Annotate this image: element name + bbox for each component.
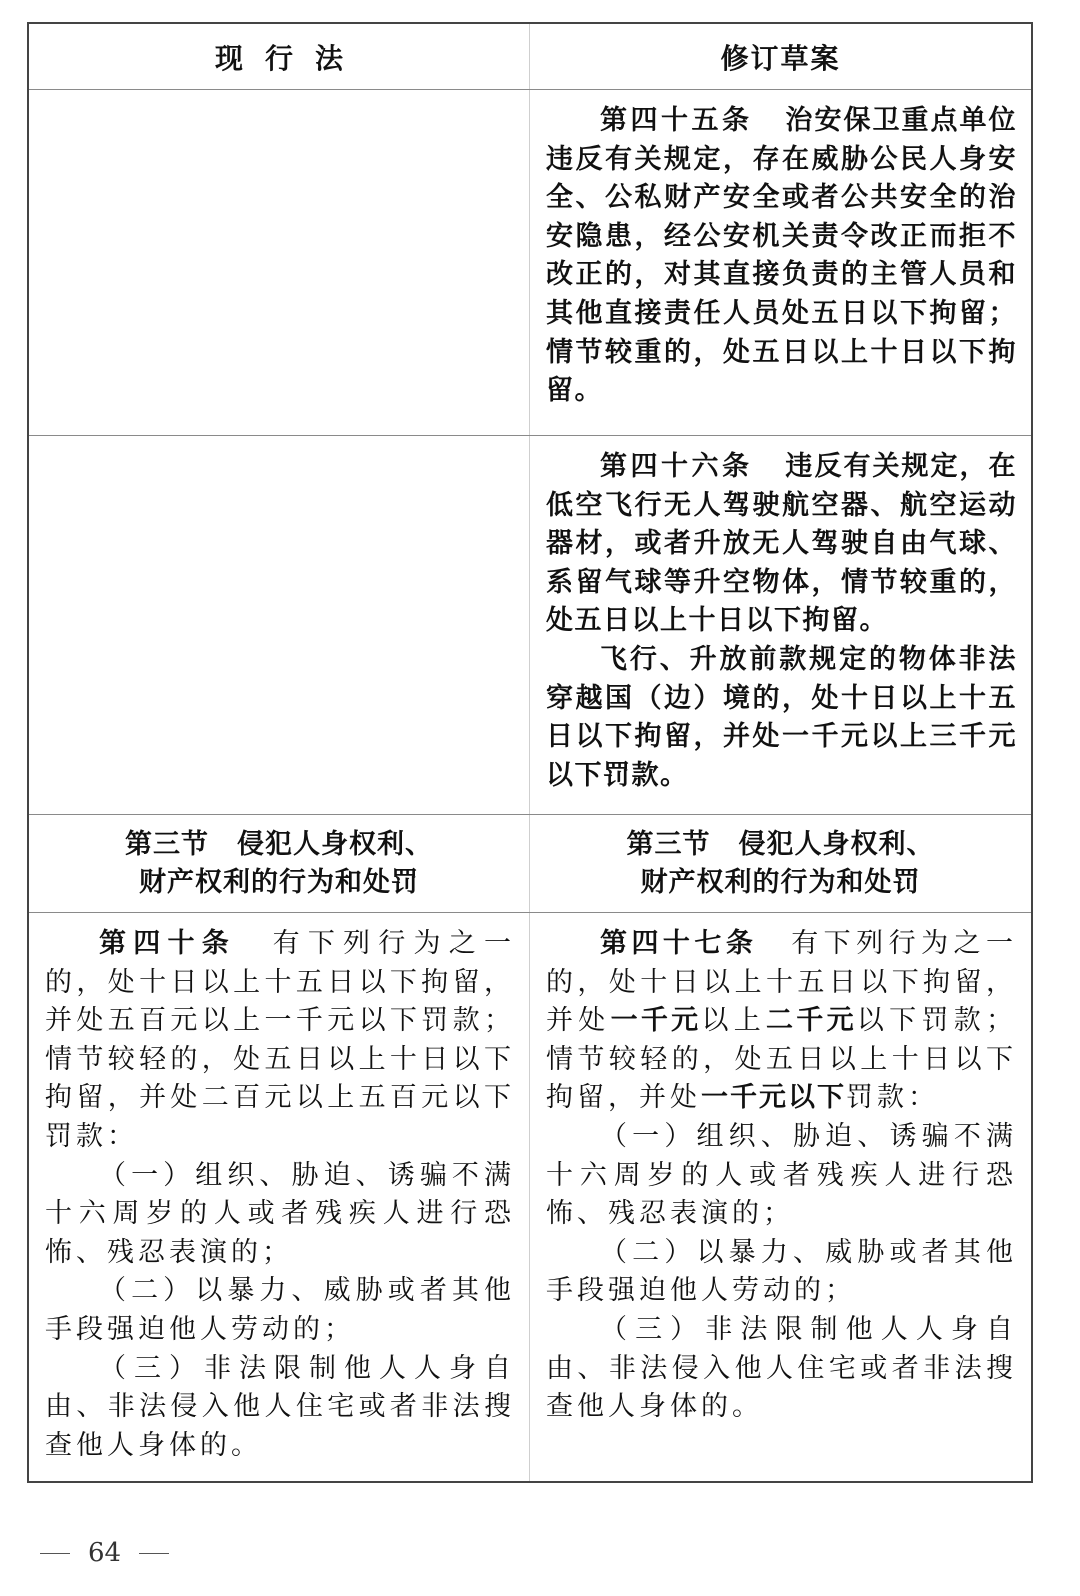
article-47-text: 罚款： (846, 1082, 939, 1113)
table-row-section-heading: 第三节 侵犯人身权利、 财产权利的行为和处罚 第三节 侵犯人身权利、 财产权利的… (29, 815, 1031, 913)
revised-section-heading: 第三节 侵犯人身权利、 财产权利的行为和处罚 (530, 815, 1031, 912)
header-current-law-label: 现行法 (215, 37, 365, 77)
dash-decoration (139, 1553, 169, 1554)
section-heading-line-1: 第三节 侵犯人身权利、 (627, 826, 935, 864)
section-heading-line-2: 财产权利的行为和处罚 (139, 864, 419, 902)
table-row-article-45: 第四十五条治安保卫重点单位违反有关规定，存在威胁公民人身安全、公私财产安全或者公… (29, 90, 1031, 436)
article-45-heading: 第四十五条 (600, 105, 753, 136)
table-row-article-47: 第四十条有下列行为之一的，处十日以上十五日以下拘留，并处五百元以上一千元以下罚款… (29, 913, 1031, 1481)
page-number-value: 64 (88, 1538, 121, 1568)
table-header-row: 现行法 修订草案 (29, 24, 1031, 90)
section-heading-line-2: 财产权利的行为和处罚 (641, 864, 921, 902)
article-46-paragraph-2: 飞行、升放前款规定的物体非法穿越国（边）境的，处十日以上十五日以下拘留，并处一千… (546, 641, 1017, 795)
current-law-cell-empty (29, 90, 530, 435)
amended-amount-highlight: 一千元 (611, 1005, 702, 1036)
article-47-item-3: （三）非法限制他人人身自由、非法侵入他人住宅或者非法搜查他人身体的。 (546, 1311, 1017, 1427)
comparison-table: 现行法 修订草案 第四十五条治安保卫重点单位违反有关规定，存在威胁公民人身安全、… (27, 22, 1033, 1483)
article-47-item-2: （二）以暴力、威胁或者其他手段强迫他人劳动的； (546, 1234, 1017, 1311)
revised-article-45-cell: 第四十五条治安保卫重点单位违反有关规定，存在威胁公民人身安全、公私财产安全或者公… (530, 90, 1031, 435)
dash-decoration (40, 1553, 70, 1554)
header-current-law: 现行法 (29, 24, 530, 89)
article-47-item-1: （一）组织、胁迫、诱骗不满十六周岁的人或者残疾人进行恐怖、残忍表演的； (546, 1118, 1017, 1234)
page-number: 64 (40, 1538, 169, 1568)
article-47-paragraph: 第四十七条有下列行为之一的，处十日以上十五日以下拘留，并处一千元以上二千元以下罚… (546, 925, 1017, 1118)
article-40-item-2: （二）以暴力、威胁或者其他手段强迫他人劳动的； (45, 1272, 515, 1349)
current-article-40-cell: 第四十条有下列行为之一的，处十日以上十五日以下拘留，并处五百元以上一千元以下罚款… (29, 913, 530, 1481)
amended-amount-highlight: 二千元 (766, 1005, 857, 1036)
section-heading-line-1: 第三节 侵犯人身权利、 (125, 826, 433, 864)
article-40-item-1: （一）组织、胁迫、诱骗不满十六周岁的人或者残疾人进行恐怖、残忍表演的； (45, 1157, 515, 1273)
article-40-paragraph: 第四十条有下列行为之一的，处十日以上十五日以下拘留，并处五百元以上一千元以下罚款… (45, 925, 515, 1157)
revised-article-46-cell: 第四十六条违反有关规定，在低空飞行无人驾驶航空器、航空运动器材，或者升放无人驾驶… (530, 436, 1031, 814)
header-revised-draft: 修订草案 (530, 24, 1031, 89)
article-46-heading: 第四十六条 (600, 451, 753, 482)
current-law-cell-empty (29, 436, 530, 814)
header-revised-draft-label: 修订草案 (720, 37, 840, 77)
article-45-paragraph: 第四十五条治安保卫重点单位违反有关规定，存在威胁公民人身安全、公私财产安全或者公… (546, 102, 1017, 411)
article-40-item-3: （三）非法限制他人人身自由、非法侵入他人住宅或者非法搜查他人身体的。 (45, 1350, 515, 1466)
table-row-article-46: 第四十六条违反有关规定，在低空飞行无人驾驶航空器、航空运动器材，或者升放无人驾驶… (29, 436, 1031, 815)
article-40-text: 有下列行为之一的，处十日以上十五日以下拘留，并处五百元以上一千元以下罚款；情节较… (45, 928, 515, 1152)
amended-amount-highlight: 一千元以下 (701, 1082, 846, 1113)
article-47-text: 以上 (701, 1005, 766, 1036)
article-40-heading: 第四十条 (99, 928, 236, 959)
article-45-text: 治安保卫重点单位违反有关规定，存在威胁公民人身安全、公私财产安全或者公共安全的治… (546, 105, 1017, 406)
article-46-paragraph-1: 第四十六条违反有关规定，在低空飞行无人驾驶航空器、航空运动器材，或者升放无人驾驶… (546, 448, 1017, 641)
current-law-section-heading: 第三节 侵犯人身权利、 财产权利的行为和处罚 (29, 815, 530, 912)
revised-article-47-cell: 第四十七条有下列行为之一的，处十日以上十五日以下拘留，并处一千元以上二千元以下罚… (530, 913, 1031, 1481)
article-47-heading: 第四十七条 (600, 928, 757, 959)
